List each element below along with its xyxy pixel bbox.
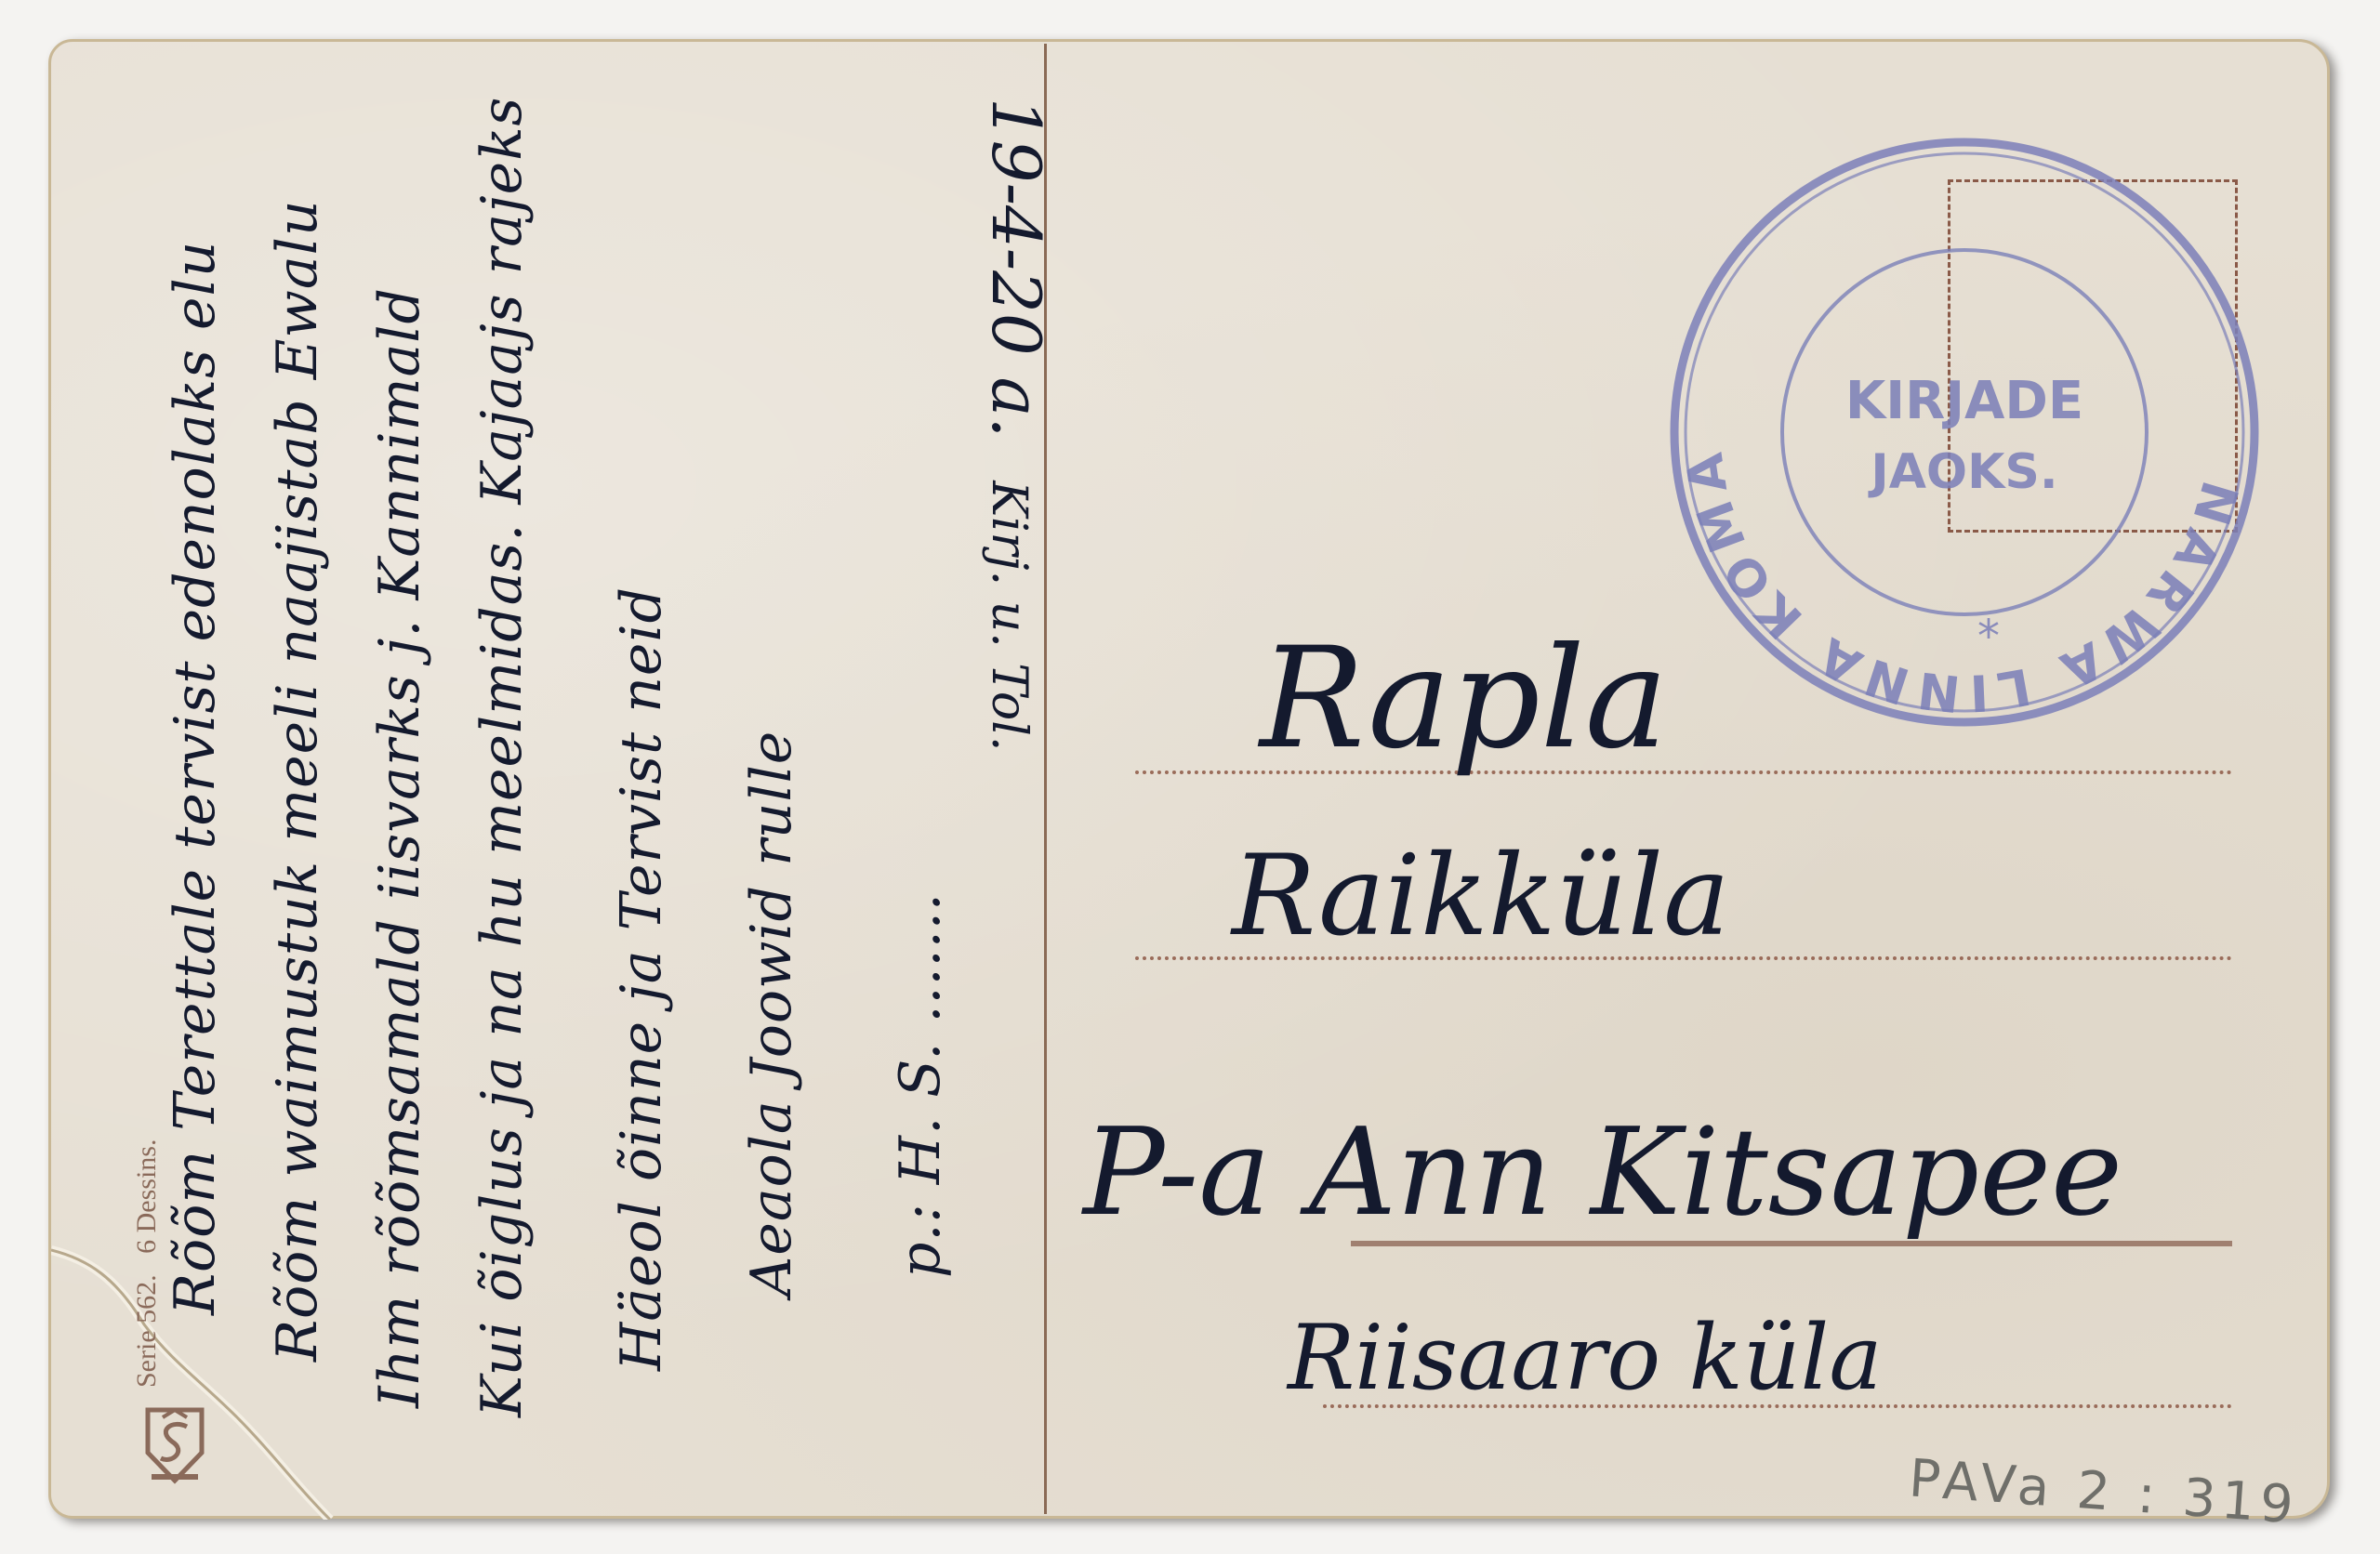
message-line-2: Rõõm waimustuk meeli naajistab Ewalu [265, 200, 330, 1362]
message-line-3: Ihm rõõmsamald iisvarks j. Kannimald [367, 287, 432, 1408]
address-recipient: P-a Ann Kitsapee [1083, 1101, 2122, 1243]
address-parish: Raikküla [1232, 832, 1730, 961]
narwa-kommandantur-stamp: NARWA LINNA KOMANDANTUR KIRJADE JAOKS. * [1658, 125, 2271, 739]
message-signature: p.: H. S. ....... [888, 892, 953, 1278]
message-line-4: Kui õiglus ja na hu meelmidas. Kajaajs r… [469, 97, 535, 1417]
torn-corner [51, 1222, 404, 1520]
address-village: Riisaaro küla [1288, 1306, 1883, 1410]
svg-text:*: * [1977, 611, 2000, 663]
message-date: 19-4-20 a. Kirj. u. Tol. [977, 98, 1055, 751]
message-line-5: Häeol õinne ja Tervist neid [609, 586, 674, 1371]
address-town: Rapla [1260, 618, 1668, 780]
series-label: Serie 562. 6 Dessins. [131, 1139, 163, 1388]
message-line-6: Aeaola Joowid rulle [739, 731, 804, 1297]
svg-text:JAOKS.: JAOKS. [1868, 444, 2057, 500]
postcard: Serie 562. 6 Dessins. Rõõm Terettale ter… [48, 39, 2330, 1519]
archive-number: PAVa 2 : 319 [1907, 1448, 2300, 1535]
svg-text:KIRJADE: KIRJADE [1845, 371, 2083, 431]
publisher-logo-icon [144, 1406, 205, 1484]
message-line-1: Rõõm Terettale tervist edenolaks elu [163, 241, 228, 1315]
